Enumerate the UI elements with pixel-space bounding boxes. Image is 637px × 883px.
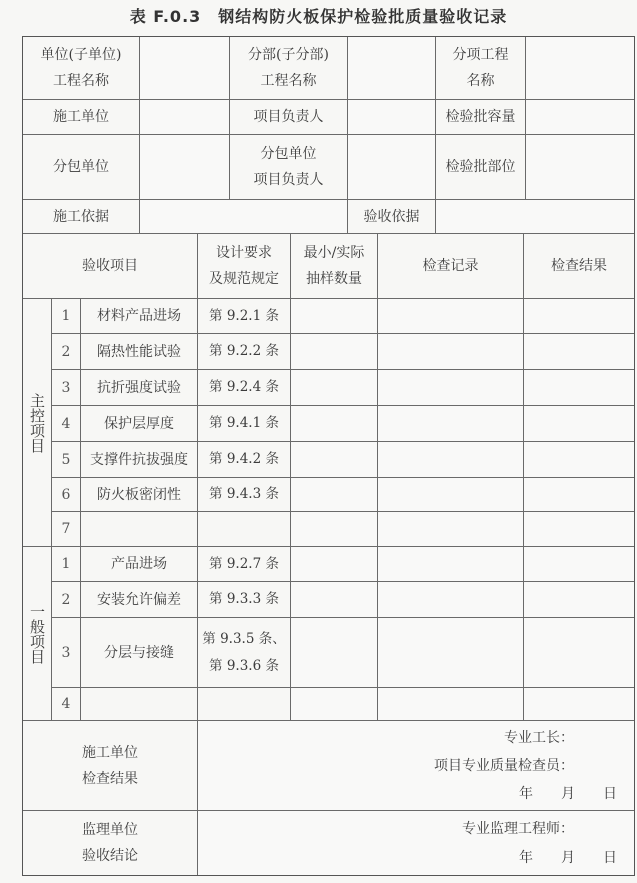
row-result-field[interactable] bbox=[523, 546, 635, 582]
row-clause: 第 9.2.2 条 bbox=[197, 333, 291, 370]
row-record-field[interactable] bbox=[377, 441, 524, 478]
field-project-manager[interactable] bbox=[347, 99, 436, 135]
row-sample-field[interactable] bbox=[290, 581, 378, 618]
label-unit-project-name: 单位(子单位) 工程名称 bbox=[22, 36, 140, 100]
row-item-name: 防火板密闭性 bbox=[80, 477, 198, 512]
row-item-name: 安装允许偏差 bbox=[80, 581, 198, 618]
row-item-name bbox=[80, 687, 198, 721]
row-sample-field[interactable] bbox=[290, 405, 378, 442]
field-unit-project-name[interactable] bbox=[139, 36, 230, 100]
row-result-field[interactable] bbox=[523, 477, 635, 512]
row-result-field[interactable] bbox=[523, 369, 635, 406]
label-subcontractor: 分包单位 bbox=[22, 134, 140, 200]
label-subcontractor-manager: 分包单位 项目负责人 bbox=[229, 134, 348, 200]
row-number: 4 bbox=[51, 405, 81, 442]
row-clause: 第 9.4.1 条 bbox=[197, 405, 291, 442]
row-record-field[interactable] bbox=[377, 687, 524, 721]
row-result-field[interactable] bbox=[523, 441, 635, 478]
engineer-signature-label: 专业监理工程师： bbox=[462, 818, 574, 838]
row-record-field[interactable] bbox=[377, 581, 524, 618]
row-clause: 第 9.4.3 条 bbox=[197, 477, 291, 512]
inspector-signature-label: 项目专业质量检查员： bbox=[434, 755, 574, 775]
document-title: 表 F.0.3 钢结构防火板保护检验批质量验收记录 bbox=[0, 4, 637, 27]
row-clause bbox=[197, 511, 291, 547]
row-clause bbox=[197, 687, 291, 721]
label-supervision-conclusion: 监理单位 验收结论 bbox=[22, 810, 198, 876]
label-acceptance-basis: 验收依据 bbox=[347, 199, 436, 234]
row-number: 3 bbox=[51, 369, 81, 406]
group-label-main-items: 主控项目 bbox=[22, 298, 52, 547]
row-result-field[interactable] bbox=[523, 687, 635, 721]
field-batch-capacity[interactable] bbox=[525, 99, 635, 135]
row-sample-field[interactable] bbox=[290, 477, 378, 512]
row-number: 2 bbox=[51, 581, 81, 618]
row-number: 5 bbox=[51, 441, 81, 478]
row-item-name: 抗折强度试验 bbox=[80, 369, 198, 406]
label-construction-unit: 施工单位 bbox=[22, 99, 140, 135]
field-subitem-project-name[interactable] bbox=[525, 36, 635, 100]
row-sample-field[interactable] bbox=[290, 441, 378, 478]
row-number: 1 bbox=[51, 298, 81, 334]
field-division-project-name[interactable] bbox=[347, 36, 436, 100]
row-clause: 第 9.2.4 条 bbox=[197, 369, 291, 406]
supervision-date-label: 年 月 日 bbox=[519, 847, 617, 867]
label-division-project-name: 分部(子分部) 工程名称 bbox=[229, 36, 348, 100]
header-check-record: 检查记录 bbox=[377, 233, 524, 299]
label-batch-capacity: 检验批容量 bbox=[435, 99, 526, 135]
row-record-field[interactable] bbox=[377, 298, 524, 334]
row-clause: 第 9.4.2 条 bbox=[197, 441, 291, 478]
row-item-name: 材料产品进场 bbox=[80, 298, 198, 334]
row-item-name: 产品进场 bbox=[80, 546, 198, 582]
row-sample-field[interactable] bbox=[290, 333, 378, 370]
construction-date-label: 年 月 日 bbox=[519, 783, 617, 803]
field-construction-unit[interactable] bbox=[139, 99, 230, 135]
row-result-field[interactable] bbox=[523, 298, 635, 334]
row-record-field[interactable] bbox=[377, 617, 524, 688]
row-clause: 第 9.2.1 条 bbox=[197, 298, 291, 334]
row-number: 6 bbox=[51, 477, 81, 512]
group-label-general-items: 一般项目 bbox=[22, 546, 52, 721]
header-design-requirement: 设计要求 及规范规定 bbox=[197, 233, 291, 299]
row-clause: 第 9.3.5 条、 第 9.3.6 条 bbox=[197, 617, 291, 688]
row-sample-field[interactable] bbox=[290, 511, 378, 547]
label-construction-check-result: 施工单位 检查结果 bbox=[22, 720, 198, 811]
row-item-name: 保护层厚度 bbox=[80, 405, 198, 442]
row-result-field[interactable] bbox=[523, 581, 635, 618]
label-construction-basis: 施工依据 bbox=[22, 199, 140, 234]
field-acceptance-basis[interactable] bbox=[435, 199, 635, 234]
row-record-field[interactable] bbox=[377, 333, 524, 370]
row-number: 1 bbox=[51, 546, 81, 582]
row-result-field[interactable] bbox=[523, 333, 635, 370]
header-sample-quantity: 最小/实际 抽样数量 bbox=[290, 233, 378, 299]
row-item-name: 隔热性能试验 bbox=[80, 333, 198, 370]
row-number: 2 bbox=[51, 333, 81, 370]
row-sample-field[interactable] bbox=[290, 617, 378, 688]
header-check-result: 检查结果 bbox=[523, 233, 635, 299]
foreman-signature-label: 专业工长： bbox=[504, 727, 574, 747]
row-result-field[interactable] bbox=[523, 511, 635, 547]
label-subitem-project-name: 分项工程 名称 bbox=[435, 36, 526, 100]
row-number: 3 bbox=[51, 617, 81, 688]
row-record-field[interactable] bbox=[377, 369, 524, 406]
row-number: 7 bbox=[51, 511, 81, 547]
row-result-field[interactable] bbox=[523, 405, 635, 442]
row-record-field[interactable] bbox=[377, 546, 524, 582]
field-subcontractor[interactable] bbox=[139, 134, 230, 200]
label-project-manager: 项目负责人 bbox=[229, 99, 348, 135]
field-subcontractor-manager[interactable] bbox=[347, 134, 436, 200]
header-acceptance-item: 验收项目 bbox=[22, 233, 198, 299]
row-record-field[interactable] bbox=[377, 511, 524, 547]
label-batch-location: 检验批部位 bbox=[435, 134, 526, 200]
field-construction-basis[interactable] bbox=[139, 199, 348, 234]
row-record-field[interactable] bbox=[377, 405, 524, 442]
row-sample-field[interactable] bbox=[290, 687, 378, 721]
row-clause: 第 9.3.3 条 bbox=[197, 581, 291, 618]
row-item-name: 分层与接缝 bbox=[80, 617, 198, 688]
row-record-field[interactable] bbox=[377, 477, 524, 512]
row-item-name bbox=[80, 511, 198, 547]
row-result-field[interactable] bbox=[523, 617, 635, 688]
row-number: 4 bbox=[51, 687, 81, 721]
row-sample-field[interactable] bbox=[290, 546, 378, 582]
row-clause: 第 9.2.7 条 bbox=[197, 546, 291, 582]
row-sample-field[interactable] bbox=[290, 298, 378, 334]
row-item-name: 支撑件抗拔强度 bbox=[80, 441, 198, 478]
field-batch-location[interactable] bbox=[525, 134, 635, 200]
row-sample-field[interactable] bbox=[290, 369, 378, 406]
